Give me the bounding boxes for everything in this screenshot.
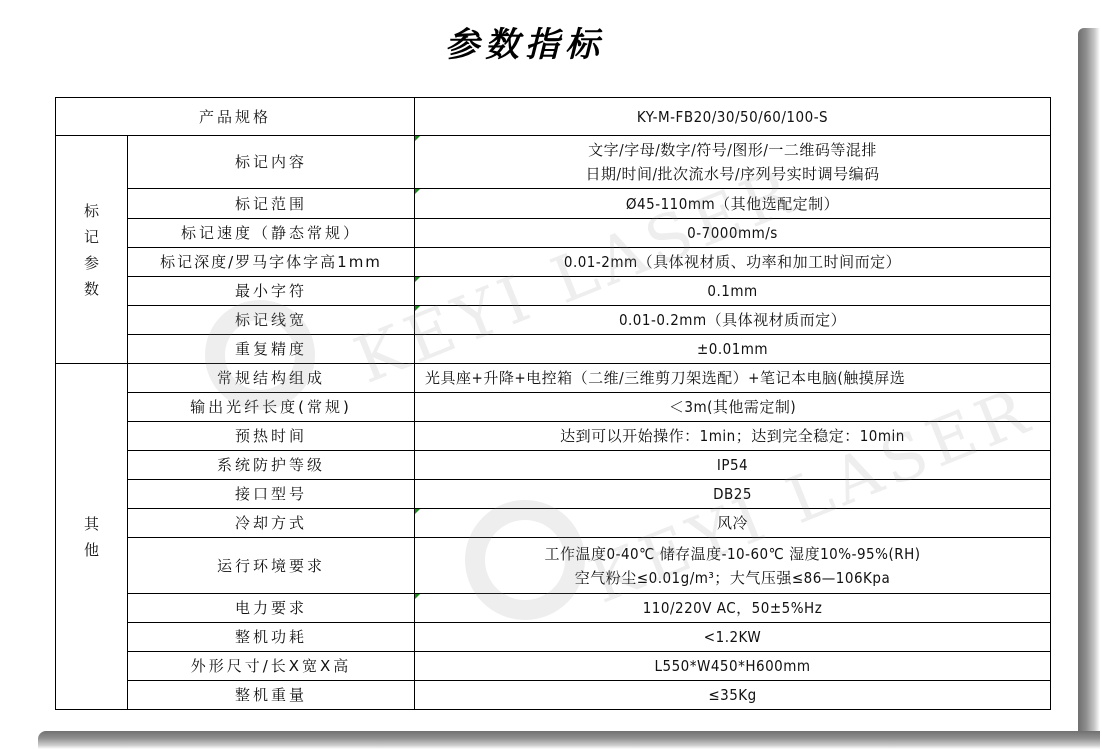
table-row: 外形尺寸/长X宽X高 L550*W450*H600mm xyxy=(56,652,1051,681)
spec-sheet-page: 参数指标 产品规格 KY-M-FB20/30/50/60/100-S 标记参数 … xyxy=(0,0,1078,731)
row-value: 0.01-0.2mm（具体视材质而定） xyxy=(415,306,1051,335)
table-row-product-model: 产品规格 KY-M-FB20/30/50/60/100-S xyxy=(56,98,1051,136)
row-value: 风冷 xyxy=(415,509,1051,538)
row-label: 预热时间 xyxy=(128,422,415,451)
table-row: 重复精度 ±0.01mm xyxy=(56,335,1051,364)
row-value: IP54 xyxy=(415,451,1051,480)
row-value: L550*W450*H600mm xyxy=(415,652,1051,681)
row-label: 冷却方式 xyxy=(128,509,415,538)
page-shadow-bottom xyxy=(38,731,1100,749)
row-value: ＜3m(其他需定制) xyxy=(415,393,1051,422)
row-value: <1.2KW xyxy=(415,623,1051,652)
row-value: DB25 xyxy=(415,480,1051,509)
row-label: 外形尺寸/长X宽X高 xyxy=(128,652,415,681)
row-value: 0-7000mm/s xyxy=(415,219,1051,248)
row-value: 文字/字母/数字/符号/图形/一二维码等混排 日期/时间/批次流水号/序列号实时… xyxy=(415,136,1051,189)
row-label: 整机重量 xyxy=(128,681,415,710)
table-row: 标记参数 标记内容 文字/字母/数字/符号/图形/一二维码等混排 日期/时间/批… xyxy=(56,136,1051,189)
row-label: 标记范围 xyxy=(128,189,415,219)
row-value: 0.01-2mm（具体视材质、功率和加工时间而定） xyxy=(415,248,1051,277)
group-label-other: 其他 xyxy=(56,364,128,710)
product-model-value: KY-M-FB20/30/50/60/100-S xyxy=(415,98,1051,136)
table-row: 输出光纤长度(常规) ＜3m(其他需定制) xyxy=(56,393,1051,422)
row-label: 系统防护等级 xyxy=(128,451,415,480)
row-value: Ø45-110mm（其他选配定制） xyxy=(415,189,1051,219)
group-label-marking-params: 标记参数 xyxy=(56,136,128,364)
row-value: 110/220V AC，50±5%Hz xyxy=(415,594,1051,623)
table-row: 标记深度/罗马字体字高1mm 0.01-2mm（具体视材质、功率和加工时间而定） xyxy=(56,248,1051,277)
spec-table: 产品规格 KY-M-FB20/30/50/60/100-S 标记参数 标记内容 … xyxy=(55,97,1051,710)
row-value: 光具座+升降+电控箱（二维/三维剪刀架选配）+笔记本电脑(触摸屏选 xyxy=(415,364,1051,393)
table-row: 标记速度（静态常规） 0-7000mm/s xyxy=(56,219,1051,248)
table-row: 系统防护等级 IP54 xyxy=(56,451,1051,480)
table-row: 冷却方式 风冷 xyxy=(56,509,1051,538)
row-label: 常规结构组成 xyxy=(128,364,415,393)
row-label: 标记深度/罗马字体字高1mm xyxy=(128,248,415,277)
row-value: 工作温度0-40℃ 储存温度-10-60℃ 湿度10%-95%(RH) 空气粉尘… xyxy=(415,538,1051,594)
row-label: 最小字符 xyxy=(128,277,415,306)
row-value: 达到可以开始操作：1min；达到完全稳定：10min xyxy=(415,422,1051,451)
table-row: 其他 常规结构组成 光具座+升降+电控箱（二维/三维剪刀架选配）+笔记本电脑(触… xyxy=(56,364,1051,393)
table-row: 预热时间 达到可以开始操作：1min；达到完全稳定：10min xyxy=(56,422,1051,451)
row-label: 标记速度（静态常规） xyxy=(128,219,415,248)
row-label: 标记内容 xyxy=(128,136,415,189)
row-value: 0.1mm xyxy=(415,277,1051,306)
page-title: 参数指标 xyxy=(430,20,620,70)
row-value: ±0.01mm xyxy=(415,335,1051,364)
row-label: 输出光纤长度(常规) xyxy=(128,393,415,422)
table-row: 接口型号 DB25 xyxy=(56,480,1051,509)
row-label: 电力要求 xyxy=(128,594,415,623)
table-row: 标记范围 Ø45-110mm（其他选配定制） xyxy=(56,189,1051,219)
page-shadow-right xyxy=(1078,28,1100,740)
table-row: 整机重量 ≤35Kg xyxy=(56,681,1051,710)
row-value: ≤35Kg xyxy=(415,681,1051,710)
table-row: 标记线宽 0.01-0.2mm（具体视材质而定） xyxy=(56,306,1051,335)
table-row: 整机功耗 <1.2KW xyxy=(56,623,1051,652)
product-model-label: 产品规格 xyxy=(56,98,415,136)
table-row: 电力要求 110/220V AC，50±5%Hz xyxy=(56,594,1051,623)
row-label: 整机功耗 xyxy=(128,623,415,652)
row-label: 接口型号 xyxy=(128,480,415,509)
table-row: 最小字符 0.1mm xyxy=(56,277,1051,306)
row-label: 重复精度 xyxy=(128,335,415,364)
table-row: 运行环境要求 工作温度0-40℃ 储存温度-10-60℃ 湿度10%-95%(R… xyxy=(56,538,1051,594)
row-label: 标记线宽 xyxy=(128,306,415,335)
row-label: 运行环境要求 xyxy=(128,538,415,594)
